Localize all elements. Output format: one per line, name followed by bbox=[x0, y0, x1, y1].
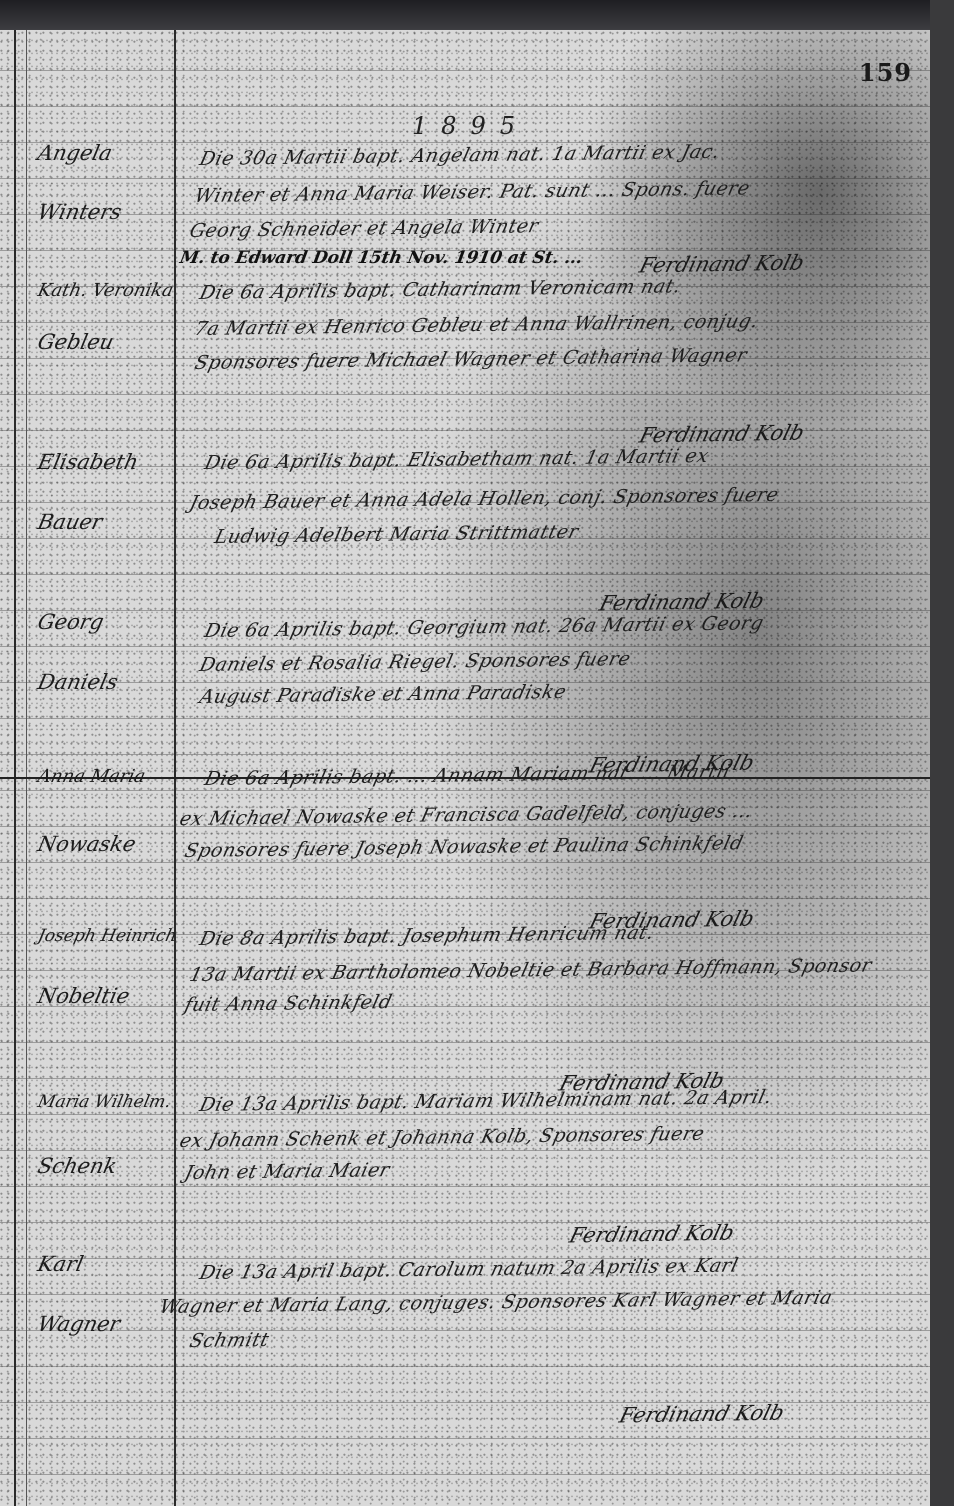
margin-name-last: Daniels bbox=[36, 672, 178, 693]
margin-name-last: Bauer bbox=[36, 512, 178, 533]
margin-name-last: Nowaske bbox=[36, 834, 178, 855]
ruled-line bbox=[0, 1474, 930, 1475]
ruled-line bbox=[0, 898, 930, 899]
entry-text-line: Schmitt bbox=[187, 1329, 271, 1352]
ruled-line bbox=[0, 106, 930, 107]
entry-text-line: fuit Anna Schinkfeld bbox=[182, 991, 394, 1016]
entry-text-line: Ludwig Adelbert Maria Strittmatter bbox=[212, 521, 580, 548]
ruled-line bbox=[0, 574, 930, 575]
ruled-line bbox=[0, 826, 930, 827]
margin-name-last: Gebleu bbox=[36, 332, 178, 353]
ruled-line bbox=[0, 1042, 930, 1043]
entry-text-line: ex Johann Schenk et Johanna Kolb, Sponso… bbox=[177, 1123, 707, 1152]
ruled-line bbox=[0, 790, 930, 791]
margin-name-first: Angela bbox=[36, 143, 178, 164]
priest-signature: Ferdinand Kolb bbox=[637, 421, 807, 448]
entry-text-line: Georg Schneider et Angela Winter bbox=[187, 215, 540, 242]
margin-name-last: Nobeltie bbox=[36, 986, 178, 1007]
register-year: 1895 bbox=[412, 112, 529, 140]
margin-name-first: Karl bbox=[36, 1254, 178, 1275]
ruled-line bbox=[0, 1150, 930, 1151]
entry-text-line: 13a Martii ex Bartholomeo Nobeltie et Ba… bbox=[187, 954, 874, 986]
column-rule-outer bbox=[14, 30, 16, 1506]
margin-name-first: Georg bbox=[36, 612, 178, 633]
entry-text-line: Die 6a Aprilis bapt. ... Annam Mariam na… bbox=[202, 761, 732, 790]
entry-text-line: John et Maria Maier bbox=[182, 1159, 392, 1184]
ruled-line bbox=[0, 646, 930, 647]
margin-name-first: Anna Maria bbox=[36, 768, 178, 786]
scan-right-edge bbox=[930, 0, 954, 1506]
entry-text-line: Joseph Bauer et Anna Adela Hollen, conj.… bbox=[187, 484, 781, 514]
priest-signature: Ferdinand Kolb bbox=[617, 1401, 787, 1428]
margin-name-first: Kath. Veronika bbox=[36, 282, 178, 300]
margin-name-first: Joseph Heinrich bbox=[36, 928, 178, 945]
ruled-line bbox=[0, 1186, 930, 1187]
entry-text-line: Die 8a Aprilis bapt. Josephum Henricum n… bbox=[197, 922, 656, 950]
entry-text-line: Sponsores fuere Joseph Nowaske et Paulin… bbox=[182, 832, 745, 862]
register-page: 159 1895 Angela Winters Die 30a Martii b… bbox=[0, 30, 930, 1506]
ruled-line bbox=[0, 718, 930, 719]
priest-signature: Ferdinand Kolb bbox=[637, 251, 807, 278]
entry-text-line: Die 30a Martii bapt. Angelam nat. 1a Mar… bbox=[197, 141, 722, 170]
ruled-line bbox=[0, 1402, 930, 1403]
margin-name-first: Maria Wilhelm. bbox=[36, 1094, 178, 1111]
ruled-line bbox=[0, 394, 930, 395]
ruled-line bbox=[0, 1078, 930, 1079]
page-number: 159 bbox=[859, 58, 912, 87]
margin-name-first: Elisabeth bbox=[36, 452, 178, 473]
entry-text-line: Sponsores fuere Michael Wagner et Cathar… bbox=[192, 344, 749, 374]
priest-signature: Ferdinand Kolb bbox=[597, 589, 767, 616]
ruled-line bbox=[0, 1114, 930, 1115]
margin-name-last: Schenk bbox=[36, 1156, 178, 1177]
ruled-line bbox=[0, 1438, 930, 1439]
ruled-line bbox=[0, 610, 930, 611]
column-rule-inner bbox=[26, 30, 27, 1506]
entry-text-line: Die 6a Aprilis bapt. Elisabetham nat. 1a… bbox=[202, 445, 711, 474]
entry-text-line: Wagner et Maria Lang, conjuges. Sponsore… bbox=[157, 1287, 834, 1318]
entry-text-line: Winter et Anna Maria Weiser. Pat. sunt .… bbox=[192, 177, 752, 207]
entry-text-line: Daniels et Rosalia Riegel. Sponsores fue… bbox=[197, 648, 633, 676]
entry-text-line: Die 6a Aprilis bapt. Catharinam Veronica… bbox=[197, 275, 683, 304]
marriage-annotation: M. to Edward Doll 15th Nov. 1910 at St. … bbox=[178, 248, 584, 268]
ruled-line bbox=[0, 1366, 930, 1367]
ruled-line bbox=[0, 1222, 930, 1223]
ruled-line bbox=[0, 754, 930, 755]
margin-name-last: Winters bbox=[36, 202, 178, 223]
ruled-line bbox=[0, 70, 930, 71]
entry-text-line: Die 13a Aprilis bapt. Mariam Wilhelminam… bbox=[197, 1086, 774, 1116]
entry-text-line: 7a Martii ex Henrico Gebleu et Anna Wall… bbox=[192, 310, 760, 340]
entry-text-line: Die 6a Aprilis bapt. Georgium nat. 26a M… bbox=[202, 612, 766, 642]
priest-signature: Ferdinand Kolb bbox=[567, 1221, 737, 1248]
ruled-line bbox=[0, 178, 930, 179]
entry-text-line: August Paradiske et Anna Paradiske bbox=[197, 681, 568, 708]
ruled-line bbox=[0, 862, 930, 863]
